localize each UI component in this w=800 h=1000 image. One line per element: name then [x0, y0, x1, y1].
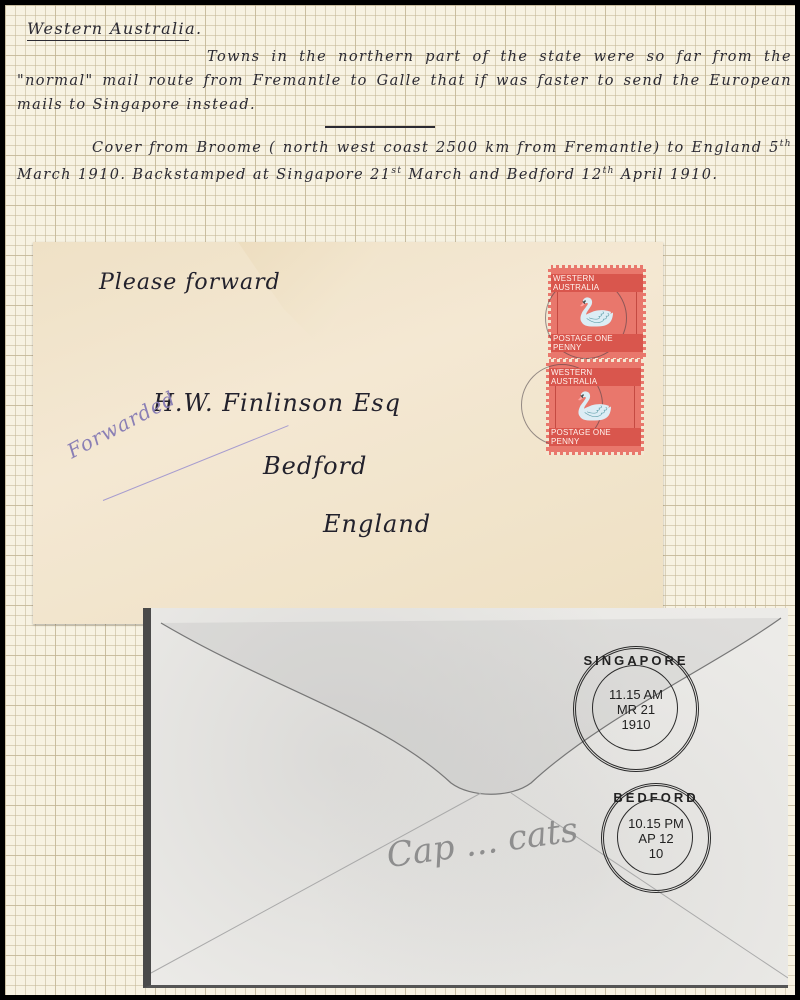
p2-text-d: April 1910. — [615, 167, 719, 183]
p2-text-a: Cover from Broome ( north west coast 250… — [92, 140, 780, 156]
envelope-back: Cap ... cats SINGAPORE 11.15 AM MR 21 19… — [143, 608, 788, 988]
bedford-postmark: BEDFORD 10.15 PM AP 12 10 — [601, 783, 711, 893]
postmark-time: 10.15 PM — [628, 816, 684, 831]
p2-sup-a: th — [780, 139, 792, 149]
singapore-postmark: SINGAPORE 11.15 AM MR 21 1910 — [573, 646, 699, 772]
addressee: H.W. Finlinson Esq — [153, 389, 401, 417]
stamp-top-text: WESTERN AUSTRALIA — [549, 368, 641, 386]
address-town: Bedford — [263, 452, 367, 480]
stamp-bottom-text: POSTAGE ONE PENNY — [549, 428, 641, 446]
stamp-bottom-text: POSTAGE ONE PENNY — [551, 334, 643, 352]
postmark-year: 1910 — [622, 717, 651, 732]
postmark-date: MR 21 — [617, 702, 655, 717]
paragraph-1-text: Towns in the northern part of the state … — [17, 49, 792, 113]
stamp-top-text: WESTERN AUSTRALIA — [551, 274, 643, 292]
description-paragraph-2: Cover from Broome ( north west coast 250… — [17, 133, 792, 187]
violet-stroke — [103, 425, 289, 501]
forward-instruction: Please forward — [99, 270, 281, 295]
p2-text-b: March 1910. Backstamped at Singapore 21 — [17, 167, 391, 183]
divider-line — [325, 126, 435, 128]
swan-icon: 🦢 — [576, 392, 613, 422]
p2-sup-b: st — [391, 166, 402, 176]
address-country: England — [323, 510, 431, 538]
postmark-date: AP 12 — [638, 831, 673, 846]
postmark-town: SINGAPORE — [583, 653, 688, 668]
postmark-town: BEDFORD — [613, 790, 698, 805]
title-underline — [27, 40, 189, 41]
album-page: Western Australia. Towns in the northern… — [5, 5, 795, 995]
postmark-year: 10 — [649, 846, 663, 861]
page-title: Western Australia. — [27, 19, 203, 38]
envelope-front: Please forward H.W. Finlinson Esq Bedfor… — [33, 242, 663, 624]
postmark-time: 11.15 AM — [609, 687, 663, 702]
p2-text-c: March and Bedford 12 — [402, 167, 602, 183]
torn-flap — [238, 242, 388, 352]
p2-sup-c: th — [603, 166, 615, 176]
description-paragraph-1: Towns in the northern part of the state … — [17, 45, 792, 117]
violet-annotation: Forwarded — [63, 386, 180, 463]
swan-icon: 🦢 — [578, 298, 615, 328]
